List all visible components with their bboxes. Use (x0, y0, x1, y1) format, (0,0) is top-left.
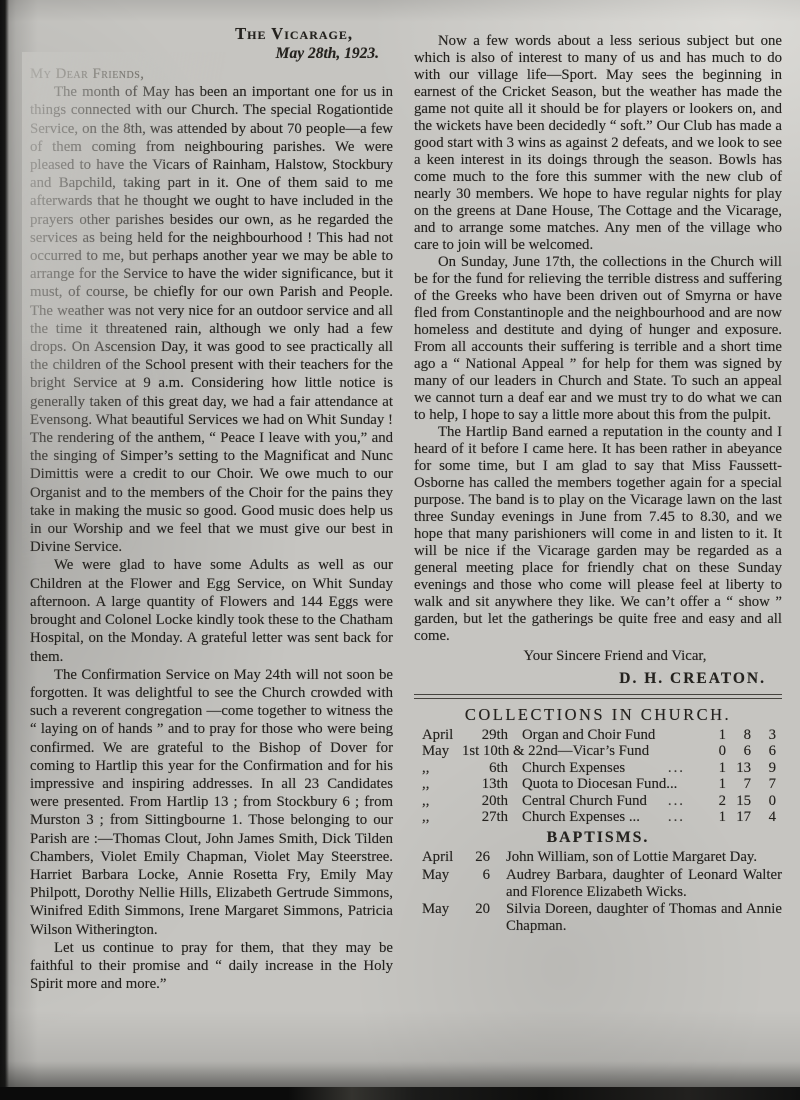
collection-dots (649, 743, 701, 759)
signature-closing: Your Sincere Friend and Vicar, (414, 648, 782, 665)
collection-row: ,, 6th Church Expenses ... 1 13 9 (414, 760, 782, 776)
collection-day: 29th (462, 727, 508, 743)
collection-fund: Church Expenses ... (508, 809, 640, 825)
collection-day: 20th (462, 793, 508, 809)
collection-day: 6th (462, 760, 508, 776)
collection-row: ,, 20th Central Church Fund ... 2 15 0 (414, 793, 782, 809)
baptism-day: 26 (466, 849, 490, 866)
paragraph: We were glad to have some Adults as well… (30, 556, 393, 665)
left-column: The Vicarage, May 28th, 1923. My Dear Fr… (30, 24, 393, 993)
baptism-day: 6 (466, 867, 490, 901)
baptism-month: April (414, 849, 466, 866)
collection-dots: ... (647, 793, 701, 809)
signature-name: D. H. CREATON. (414, 670, 782, 687)
collections-section: COLLECTIONS IN CHURCH. April 29th Organ … (414, 703, 782, 825)
collection-dots (677, 776, 701, 792)
collection-month: ,, (422, 776, 462, 792)
baptism-day: 20 (466, 901, 490, 935)
letter-place: The Vicarage, (30, 24, 393, 44)
baptism-text: Silvia Doreen, daughter of Thomas and An… (490, 901, 782, 935)
baptisms-title: BAPTISMS. (414, 827, 782, 849)
collection-pounds: 0 (701, 743, 726, 759)
baptism-entry: May 20 Silvia Doreen, daughter of Thomas… (414, 901, 782, 935)
collection-month: ,, (422, 809, 462, 825)
collection-month: April (422, 727, 462, 743)
collection-fund: Central Church Fund (508, 793, 647, 809)
section-divider-rule (414, 694, 782, 699)
collection-pence: 4 (751, 809, 776, 825)
collection-fund: Church Expenses (508, 760, 625, 776)
collection-fund: —Vicar’s Fund (558, 743, 649, 759)
scan-shadow-bottom (0, 1061, 800, 1087)
collection-dots: ... (625, 760, 701, 776)
collection-pounds: 1 (701, 760, 726, 776)
collection-dots (655, 727, 701, 743)
collection-day: 13th (462, 776, 508, 792)
paragraph: The month of May has been an important o… (30, 83, 393, 556)
collection-pounds: 1 (701, 776, 726, 792)
collection-shillings: 17 (726, 809, 751, 825)
collection-pence: 0 (751, 793, 776, 809)
collection-row: April 29th Organ and Choir Fund 1 8 3 (414, 727, 782, 743)
collection-row: May 1st 10th & 22nd —Vicar’s Fund 0 6 6 (414, 743, 782, 759)
scan-edge-bottom (0, 1087, 800, 1100)
collection-month: May (422, 743, 462, 759)
baptisms-section: BAPTISMS. April 26 John William, son of … (414, 827, 782, 935)
collection-fund: Quota to Diocesan Fund... (508, 776, 677, 792)
paragraph: The Confirmation Service on May 24th wil… (30, 666, 393, 939)
scan-edge-left (0, 0, 9, 1100)
collection-pounds: 1 (701, 727, 726, 743)
salutation: My Dear Friends, (30, 65, 393, 83)
collection-pence: 6 (751, 743, 776, 759)
collection-month: ,, (422, 760, 462, 776)
collection-shillings: 7 (726, 776, 751, 792)
collection-shillings: 6 (726, 743, 751, 759)
paragraph: On Sunday, June 17th, the collections in… (414, 254, 782, 424)
collection-row: ,, 13th Quota to Diocesan Fund... 1 7 7 (414, 776, 782, 792)
right-column: Now a few words about a less serious sub… (414, 24, 782, 993)
collection-pounds: 2 (701, 793, 726, 809)
collection-shillings: 8 (726, 727, 751, 743)
magazine-page: The Vicarage, May 28th, 1923. My Dear Fr… (0, 0, 800, 1100)
collection-row: ,, 27th Church Expenses ... ... 1 17 4 (414, 809, 782, 825)
collection-month: ,, (422, 793, 462, 809)
paragraph: The Hartlip Band earned a reputation in … (414, 424, 782, 645)
collection-pence: 7 (751, 776, 776, 792)
collection-shillings: 13 (726, 760, 751, 776)
page-columns: The Vicarage, May 28th, 1923. My Dear Fr… (30, 24, 782, 993)
collection-pence: 9 (751, 760, 776, 776)
collection-pence: 3 (751, 727, 776, 743)
baptism-entry: May 6 Audrey Barbara, daughter of Leonar… (414, 867, 782, 901)
collection-pounds: 1 (701, 809, 726, 825)
letter-date: May 28th, 1923. (30, 44, 393, 64)
collection-dots: ... (640, 809, 701, 825)
collection-fund: Organ and Choir Fund (508, 727, 655, 743)
paragraph: Now a few words about a less serious sub… (414, 33, 782, 254)
baptism-text: John William, son of Lottie Margaret Day… (490, 849, 782, 866)
baptism-month: May (414, 901, 466, 935)
letter-heading: The Vicarage, May 28th, 1923. (30, 24, 393, 64)
paragraph: Let us continue to pray for them, that t… (30, 939, 393, 994)
collection-day: 27th (462, 809, 508, 825)
baptism-month: May (414, 867, 466, 901)
collection-day: 1st 10th & 22nd (462, 743, 558, 759)
baptism-entry: April 26 John William, son of Lottie Mar… (414, 849, 782, 866)
collection-shillings: 15 (726, 793, 751, 809)
baptism-text: Audrey Barbara, daughter of Leonard Walt… (490, 867, 782, 901)
collections-title: COLLECTIONS IN CHURCH. (414, 703, 782, 727)
